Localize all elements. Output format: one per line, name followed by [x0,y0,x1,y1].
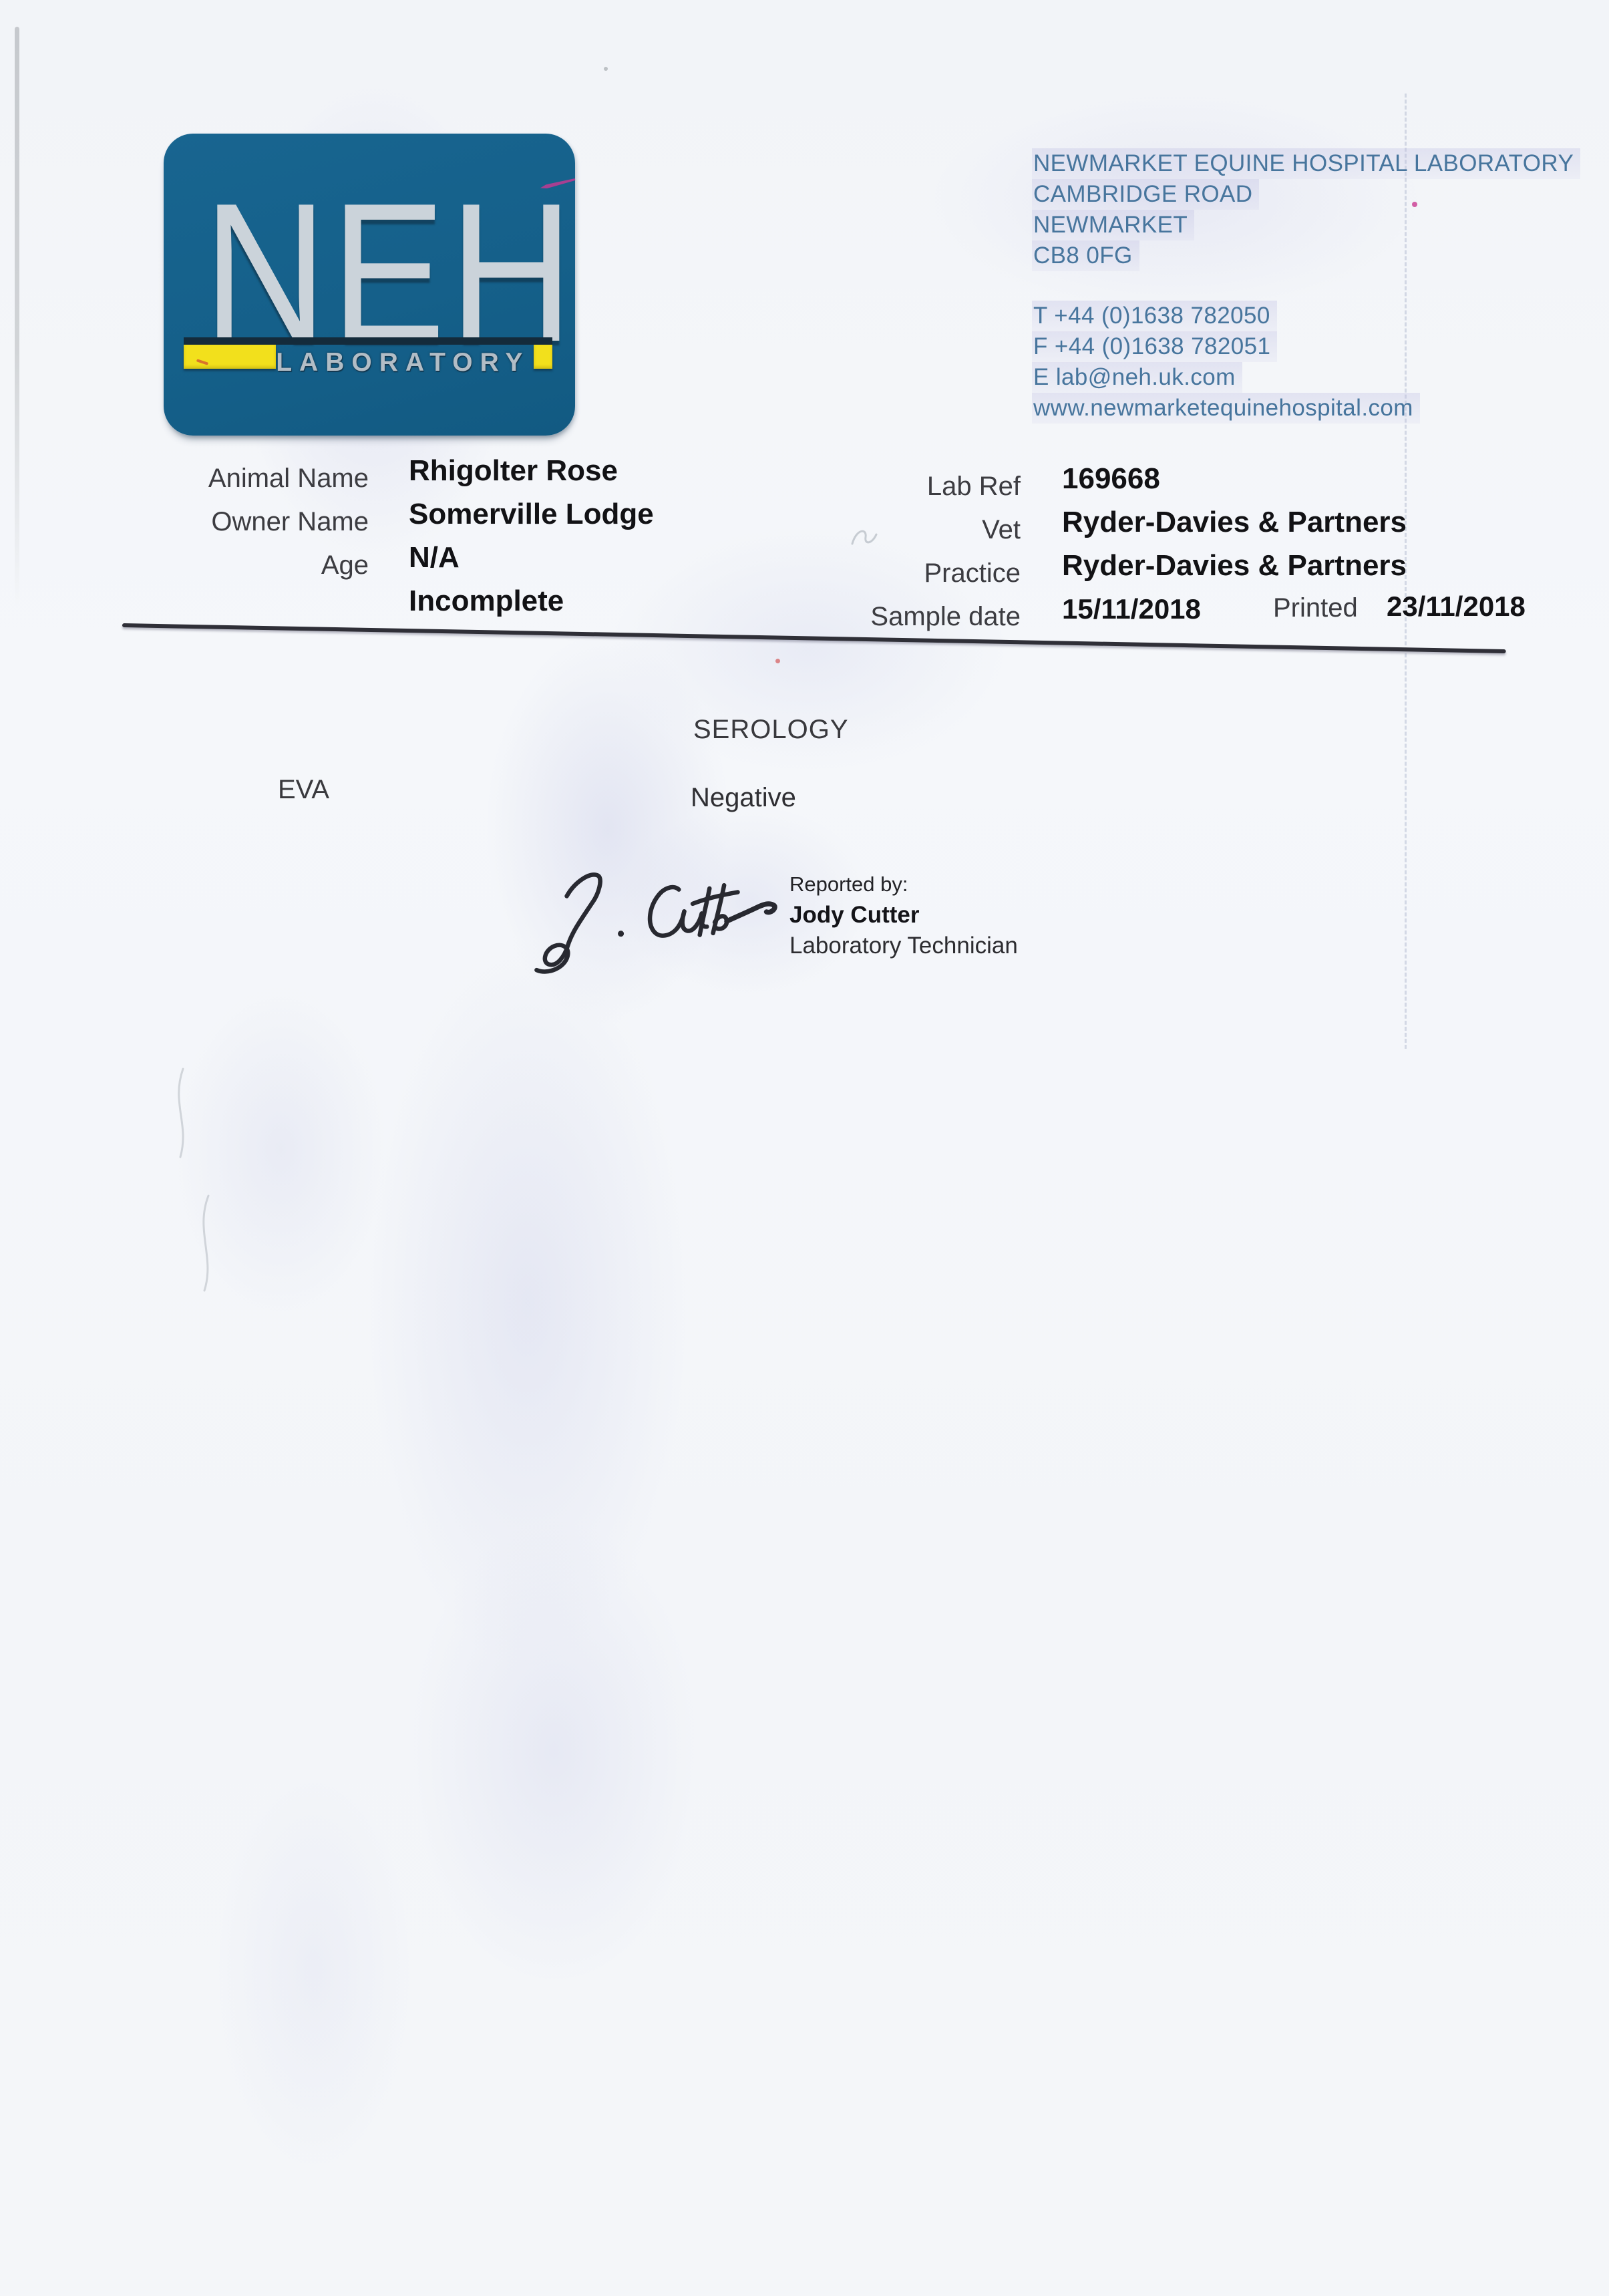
scan-squiggle-marks [167,1062,260,1303]
printed-label: Printed [1273,593,1358,623]
section-title-serology: SEROLOGY [693,715,849,745]
scan-speck [604,67,608,71]
address-line: NEWMARKET EQUINE HOSPITAL LABORATORY [1032,148,1580,179]
address-line: NEWMARKET [1032,210,1194,240]
vet-value: Ryder-Davies & Partners [1062,500,1407,544]
practice-label: Practice [808,552,1021,595]
age-value: N/A [409,536,654,579]
scan-squiggle-small [850,522,879,552]
scan-edge-line [15,27,19,607]
test-name: EVA [278,775,329,805]
owner-name-value: Somerville Lodge [409,492,654,536]
case-labels: Lab Ref Vet Practice Sample date [808,465,1021,639]
lab-address-block: NEWMARKET EQUINE HOSPITAL LABORATORY CAM… [1032,148,1580,271]
printed-date-value: 23/11/2018 [1387,591,1526,623]
fax-line: F +44 (0)1638 782051 [1032,331,1277,362]
logo-yellow-bar [184,345,276,369]
lab-ref-value: 169668 [1062,457,1407,500]
scan-speck-red [775,659,780,663]
reporter-name: Jody Cutter [789,902,919,929]
patient-values: Rhigolter Rose Somerville Lodge N/A Inco… [409,449,654,623]
website-line: www.newmarketequinehospital.com [1032,393,1420,424]
lab-contact-block: T +44 (0)1638 782050 F +44 (0)1638 78205… [1032,301,1420,424]
signature-handwritten [500,852,806,993]
lab-report-page: NEH LABORATORY NEWMARKET EQUINE HOSPITAL… [0,0,1609,2296]
status-value: Incomplete [409,579,654,623]
logo-yellow-square [534,345,552,369]
email-line: E lab@neh.uk.com [1032,362,1242,393]
owner-name-label: Owner Name [134,500,369,544]
lab-ref-label: Lab Ref [808,465,1021,508]
sample-date-label: Sample date [808,595,1021,639]
reporter-title: Laboratory Technician [789,933,1018,959]
logo-band: LABORATORY [184,337,552,378]
vet-label: Vet [808,508,1021,552]
address-line: CAMBRIDGE ROAD [1032,179,1259,210]
practice-value: Ryder-Davies & Partners [1062,544,1407,587]
address-line: CB8 0FG [1032,240,1139,271]
animal-name-label: Animal Name [134,457,369,500]
test-result: Negative [691,783,796,813]
animal-name-value: Rhigolter Rose [409,449,654,492]
logo-label: LABORATORY [276,345,530,377]
neh-logo: NEH LABORATORY [164,134,575,436]
age-label: Age [134,544,369,587]
reported-by-label: Reported by: [789,872,908,896]
phone-line: T +44 (0)1638 782050 [1032,301,1277,331]
patient-labels: Animal Name Owner Name Age [134,457,369,587]
